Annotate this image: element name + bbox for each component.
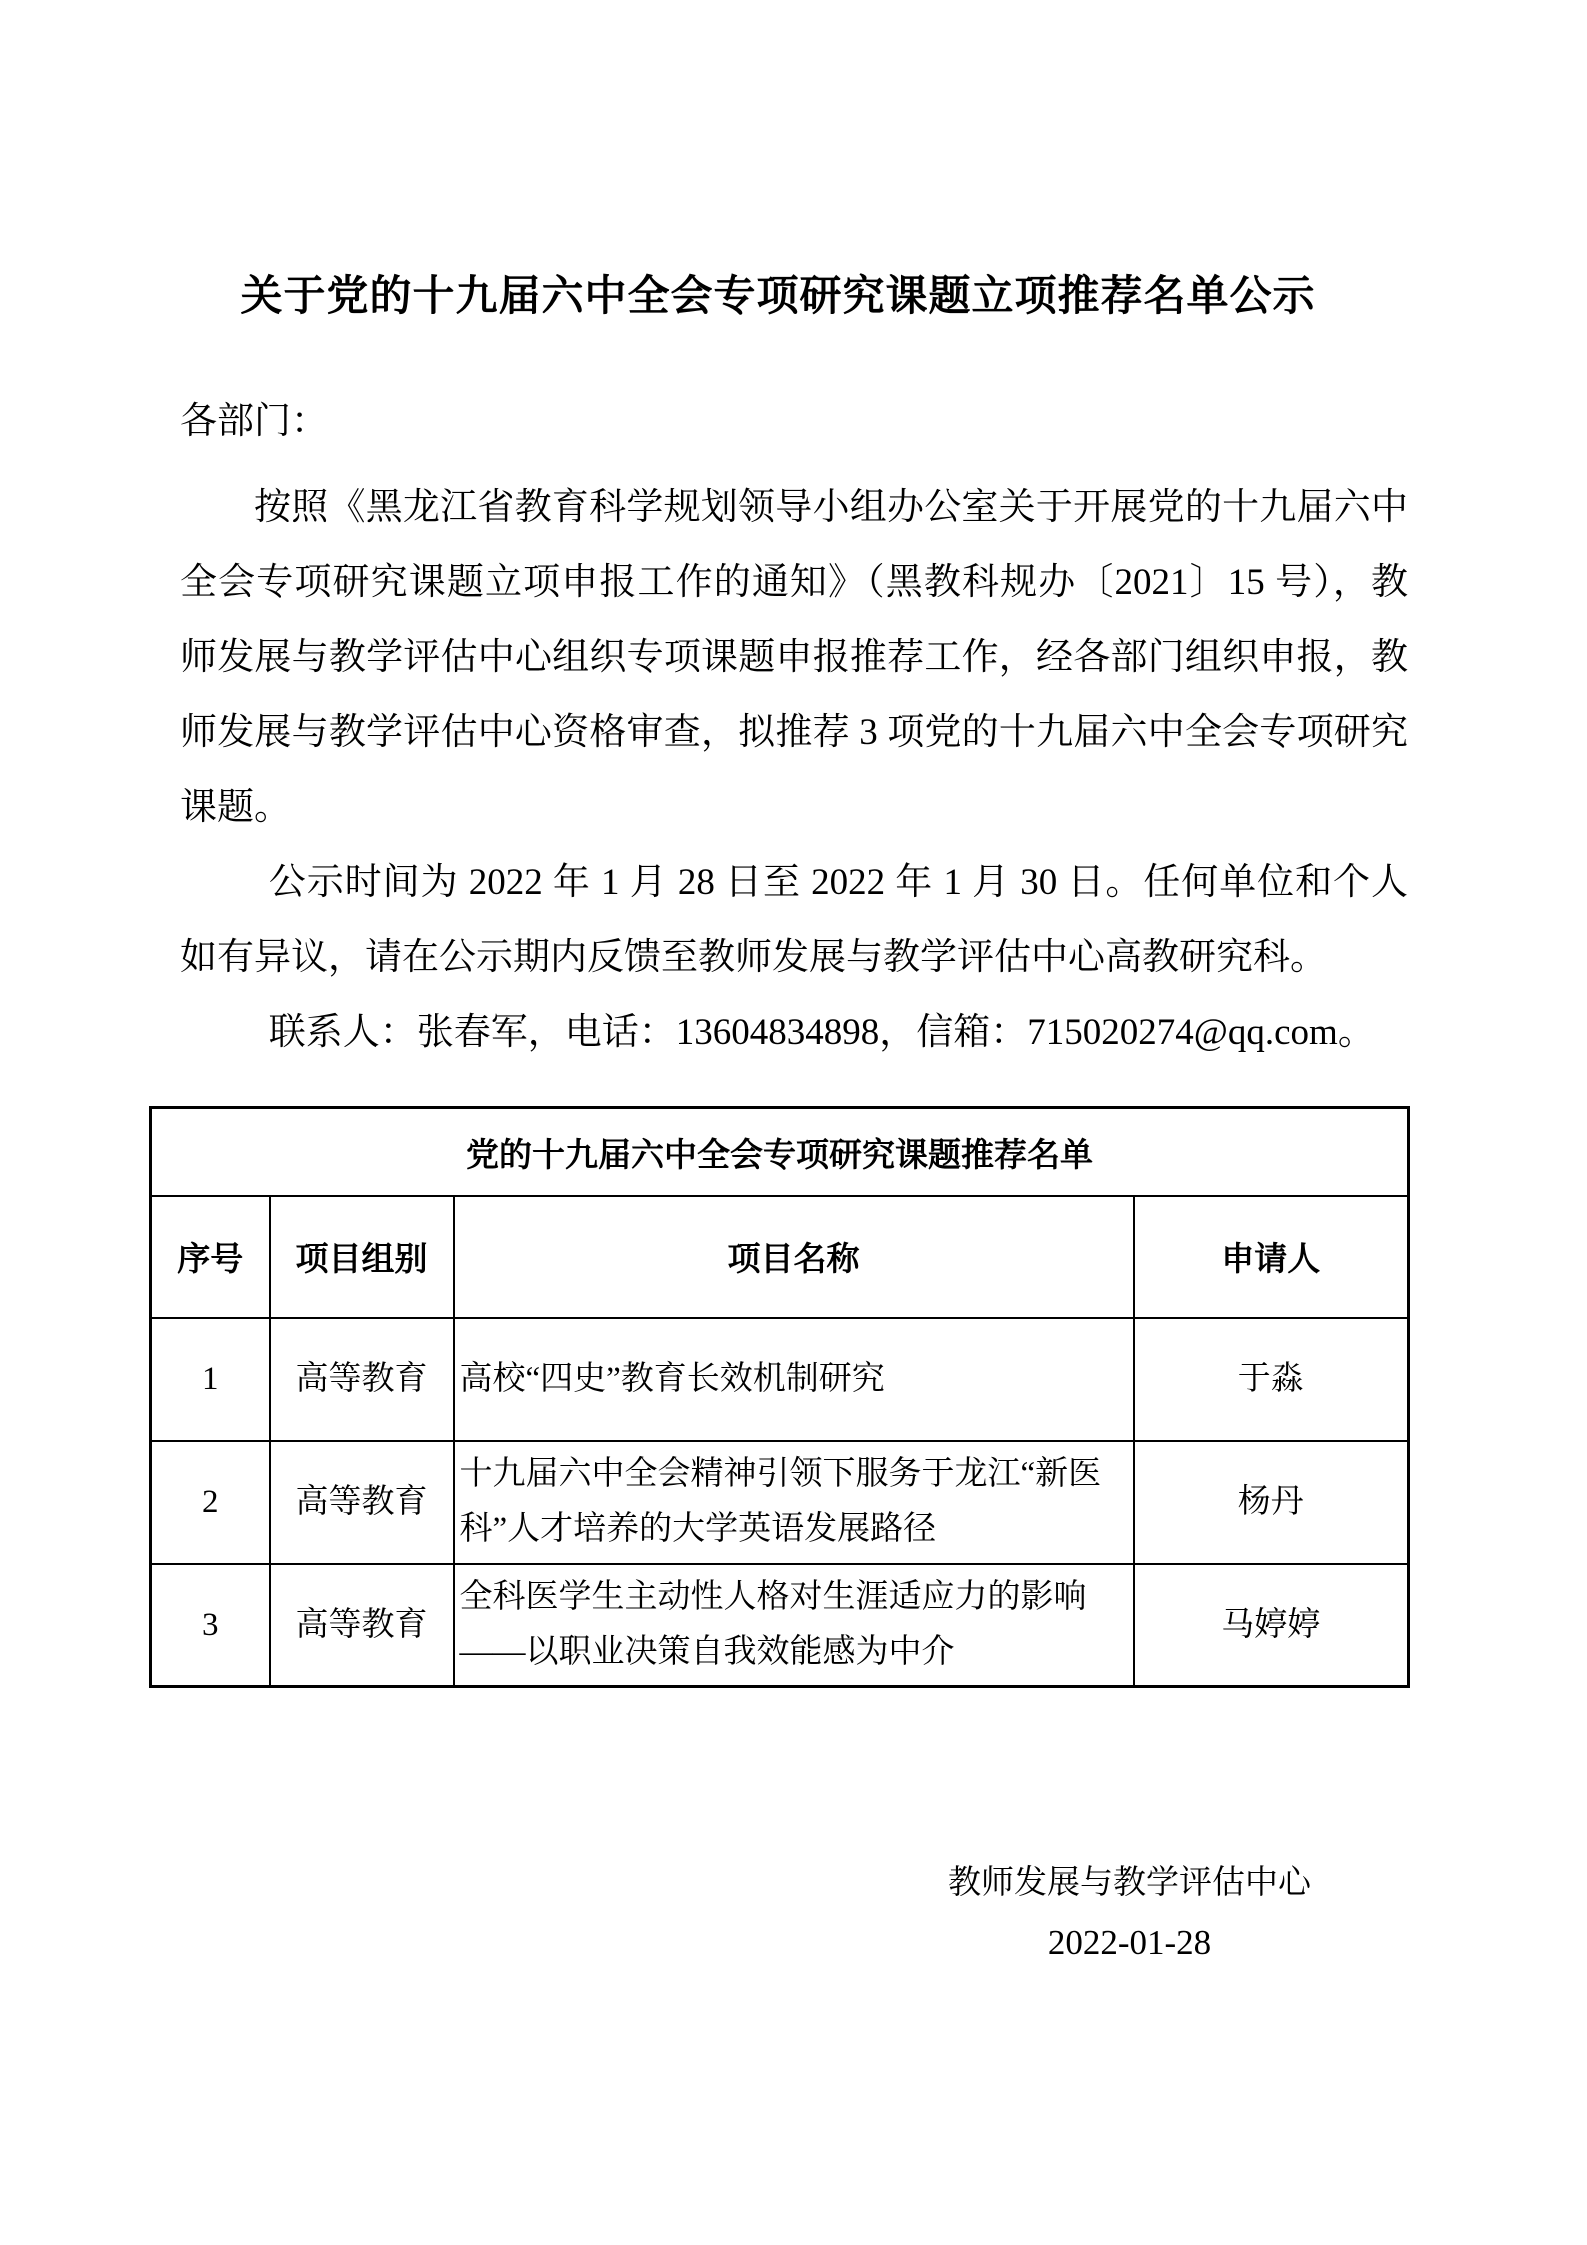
table-title: 党的十九届六中全会专项研究课题推荐名单 [151,1108,1409,1196]
signature-block: 教师发展与教学评估中心 2022-01-28 [948,1860,1311,1966]
cell-project-group: 高等教育 [270,1318,454,1441]
column-header-project-group: 项目组别 [270,1196,454,1318]
cell-serial-no: 3 [151,1564,270,1687]
paragraph-basis: 按照《黑龙江省教育科学规划领导小组办公室关于开展党的十九届六中全会专项研究课题立… [180,470,1408,845]
signature-org: 教师发展与教学评估中心 [948,1860,1311,1906]
cell-applicant: 马婷婷 [1134,1564,1409,1687]
cell-project-name: 高校“四史”教育长效机制研究 [454,1318,1134,1441]
paragraph-contact: 联系人：张春军，电话：13604834898，信箱：715020274@qq.c… [180,995,1408,1070]
table-header-row: 序号 项目组别 项目名称 申请人 [151,1196,1409,1318]
cell-project-name: 全科医学生主动性人格对生涯适应力的影响——以职业决策自我效能感为中介 [454,1564,1134,1687]
table-row: 2 高等教育 十九届六中全会精神引领下服务于龙江“新医科”人才培养的大学英语发展… [151,1441,1409,1564]
column-header-serial-no: 序号 [151,1196,270,1318]
table-row: 3 高等教育 全科医学生主动性人格对生涯适应力的影响——以职业决策自我效能感为中… [151,1564,1409,1687]
paragraph-publicity-period: 公示时间为 2022 年 1 月 28 日至 2022 年 1 月 30 日。任… [180,845,1408,995]
salutation: 各部门： [180,400,1407,444]
cell-applicant: 于淼 [1134,1318,1409,1441]
body-text: 按照《黑龙江省教育科学规划领导小组办公室关于开展党的十九届六中全会专项研究课题立… [180,470,1408,1070]
table-row: 1 高等教育 高校“四史”教育长效机制研究 于淼 [151,1318,1409,1441]
cell-project-group: 高等教育 [270,1441,454,1564]
cell-project-group: 高等教育 [270,1564,454,1687]
table-title-row: 党的十九届六中全会专项研究课题推荐名单 [151,1108,1409,1196]
signature-date: 2022-01-28 [948,1920,1311,1966]
cell-serial-no: 1 [151,1318,270,1441]
document-content: 关于党的十九届六中全会专项研究课题立项推荐名单公示 各部门： 按照《黑龙江省教育… [149,272,1407,1966]
cell-applicant: 杨丹 [1134,1441,1409,1564]
cell-serial-no: 2 [151,1441,270,1564]
cell-project-name: 十九届六中全会精神引领下服务于龙江“新医科”人才培养的大学英语发展路径 [454,1441,1134,1564]
column-header-applicant: 申请人 [1134,1196,1409,1318]
page-title: 关于党的十九届六中全会专项研究课题立项推荐名单公示 [149,272,1407,322]
recommendation-table: 党的十九届六中全会专项研究课题推荐名单 序号 项目组别 项目名称 申请人 1 高… [149,1106,1410,1688]
document-page: 关于党的十九届六中全会专项研究课题立项推荐名单公示 各部门： 按照《黑龙江省教育… [0,0,1587,2245]
column-header-project-name: 项目名称 [454,1196,1134,1318]
